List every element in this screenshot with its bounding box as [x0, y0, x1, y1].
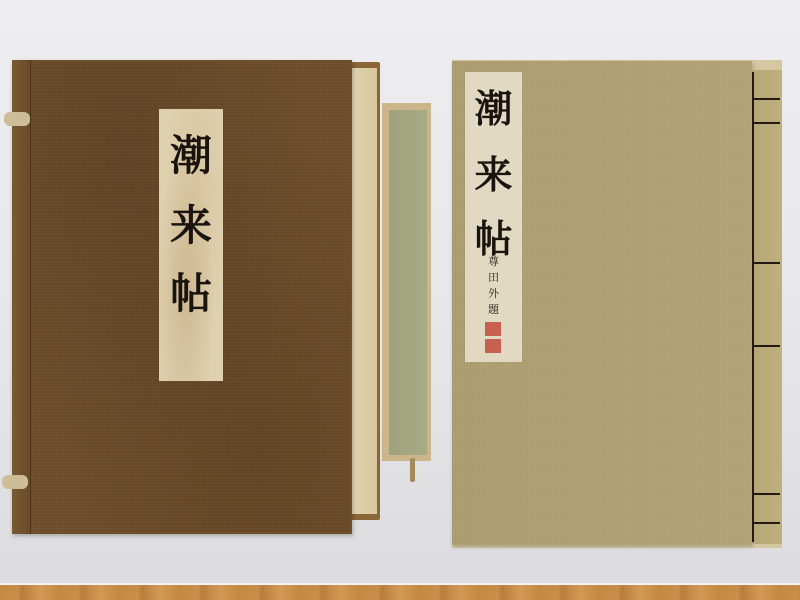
title-char-3: 帖 [159, 261, 223, 321]
wooden-table [0, 585, 800, 600]
stitch-line [752, 262, 780, 264]
inscription-char: 尊 [465, 255, 522, 268]
stitch-line [752, 98, 780, 100]
left-book-spine [12, 60, 31, 534]
binding-thread-bottom [2, 475, 28, 489]
stitch-line [752, 122, 780, 124]
stitch-line [752, 522, 780, 524]
right-book-spine [752, 70, 782, 544]
right-title-slip: 潮 来 帖 尊 田 外 題 [465, 72, 522, 362]
inscription-char: 外 [465, 287, 522, 300]
title-char-1: 潮 [159, 123, 223, 183]
stitch-line [752, 345, 780, 347]
case-wrapper-cloth [389, 110, 427, 455]
red-seal [485, 322, 501, 336]
stitch-line-vertical [752, 72, 754, 542]
inscription-char: 田 [465, 271, 522, 284]
title-char-1: 潮 [465, 78, 522, 133]
inscription-char: 題 [465, 303, 522, 316]
title-char-2: 来 [465, 144, 522, 199]
title-char-2: 来 [159, 193, 223, 253]
red-seal [485, 339, 501, 353]
binding-thread-top [4, 112, 30, 126]
stitch-line [752, 493, 780, 495]
wrapper-tie [410, 458, 415, 482]
left-title-slip: 潮 来 帖 [159, 109, 223, 381]
